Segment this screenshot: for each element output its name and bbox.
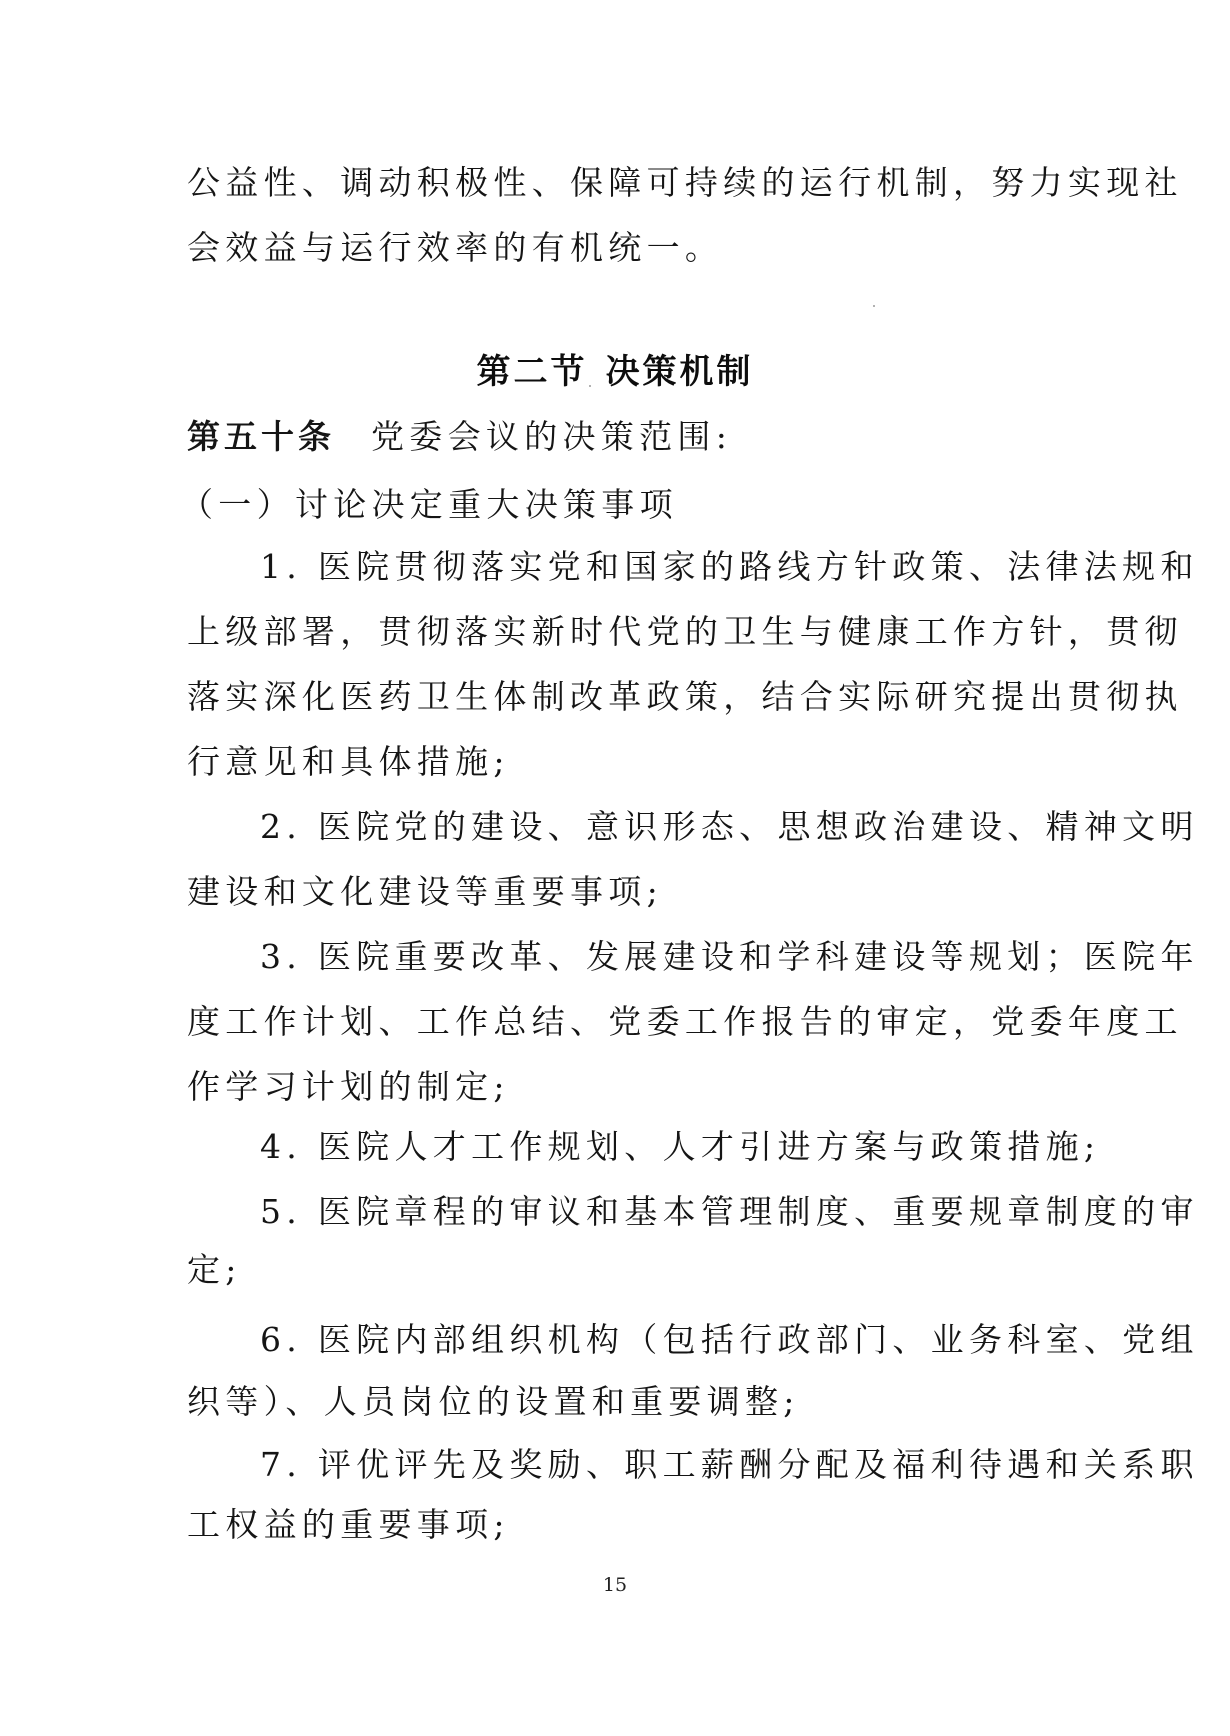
section-heading: 第二节决策机制 (0, 352, 1230, 392)
list-item-line: 5. 医院章程的审议和基本管理制度、重要规章制度的审 (260, 1192, 1120, 1232)
article-text: 党委会议的决策范围: (371, 417, 732, 456)
list-item-line: 2. 医院党的建设、意识形态、思想政治建设、精神文明 (260, 807, 1120, 847)
list-item-line: 行意见和具体措施; (187, 742, 1047, 782)
section-number: 第二节 (477, 352, 588, 392)
list-item-line: 定; (187, 1250, 1047, 1290)
list-item-line: 上级部署，贯彻落实新时代党的卫生与健康工作方针，贯彻 (187, 612, 1047, 652)
list-item-line: 度工作计划、工作总结、党委工作报告的审定，党委年度工 (187, 1002, 1047, 1042)
list-item-line: 织等）、人员岗位的设置和重要调整; (187, 1382, 1047, 1422)
scan-speck (873, 305, 875, 307)
list-item-line: 落实深化医药卫生体制改革政策，结合实际研究提出贯彻执 (187, 677, 1047, 717)
page-number: 15 (0, 1574, 1230, 1596)
list-item-line: 6. 医院内部组织机构（包括行政部门、业务科室、党组 (260, 1320, 1120, 1360)
article-label: 第五十条 (187, 417, 335, 456)
scan-speck (970, 620, 972, 622)
list-item-line: 3. 医院重要改革、发展建设和学科建设等规划；医院年 (260, 937, 1120, 977)
list-item-line: 7. 评优评先及奖励、职工薪酬分配及福利待遇和关系职 (260, 1445, 1120, 1485)
list-item-line: 1. 医院贯彻落实党和国家的路线方针政策、法律法规和 (260, 547, 1120, 587)
list-item-line: 作学习计划的制定; (187, 1067, 1047, 1107)
paragraph-line: 公益性、调动积极性、保障可持续的运行机制，努力实现社 (187, 163, 1047, 203)
list-item-line: 建设和文化建设等重要事项; (187, 872, 1047, 912)
paragraph-line: 会效益与运行效率的有机统一。 (187, 228, 1047, 268)
section-title: 决策机制 (606, 352, 754, 392)
document-page: 公益性、调动积极性、保障可持续的运行机制，努力实现社 会效益与运行效率的有机统一… (0, 0, 1230, 1736)
scan-speck (589, 385, 591, 387)
list-item-line: 4. 医院人才工作规划、人才引进方案与政策措施; (260, 1127, 1120, 1167)
subsection-heading: （一）讨论决定重大决策事项 (180, 485, 1040, 525)
list-item-line: 工权益的重要事项; (187, 1505, 1047, 1545)
article-line: 第五十条党委会议的决策范围: (187, 417, 1047, 457)
